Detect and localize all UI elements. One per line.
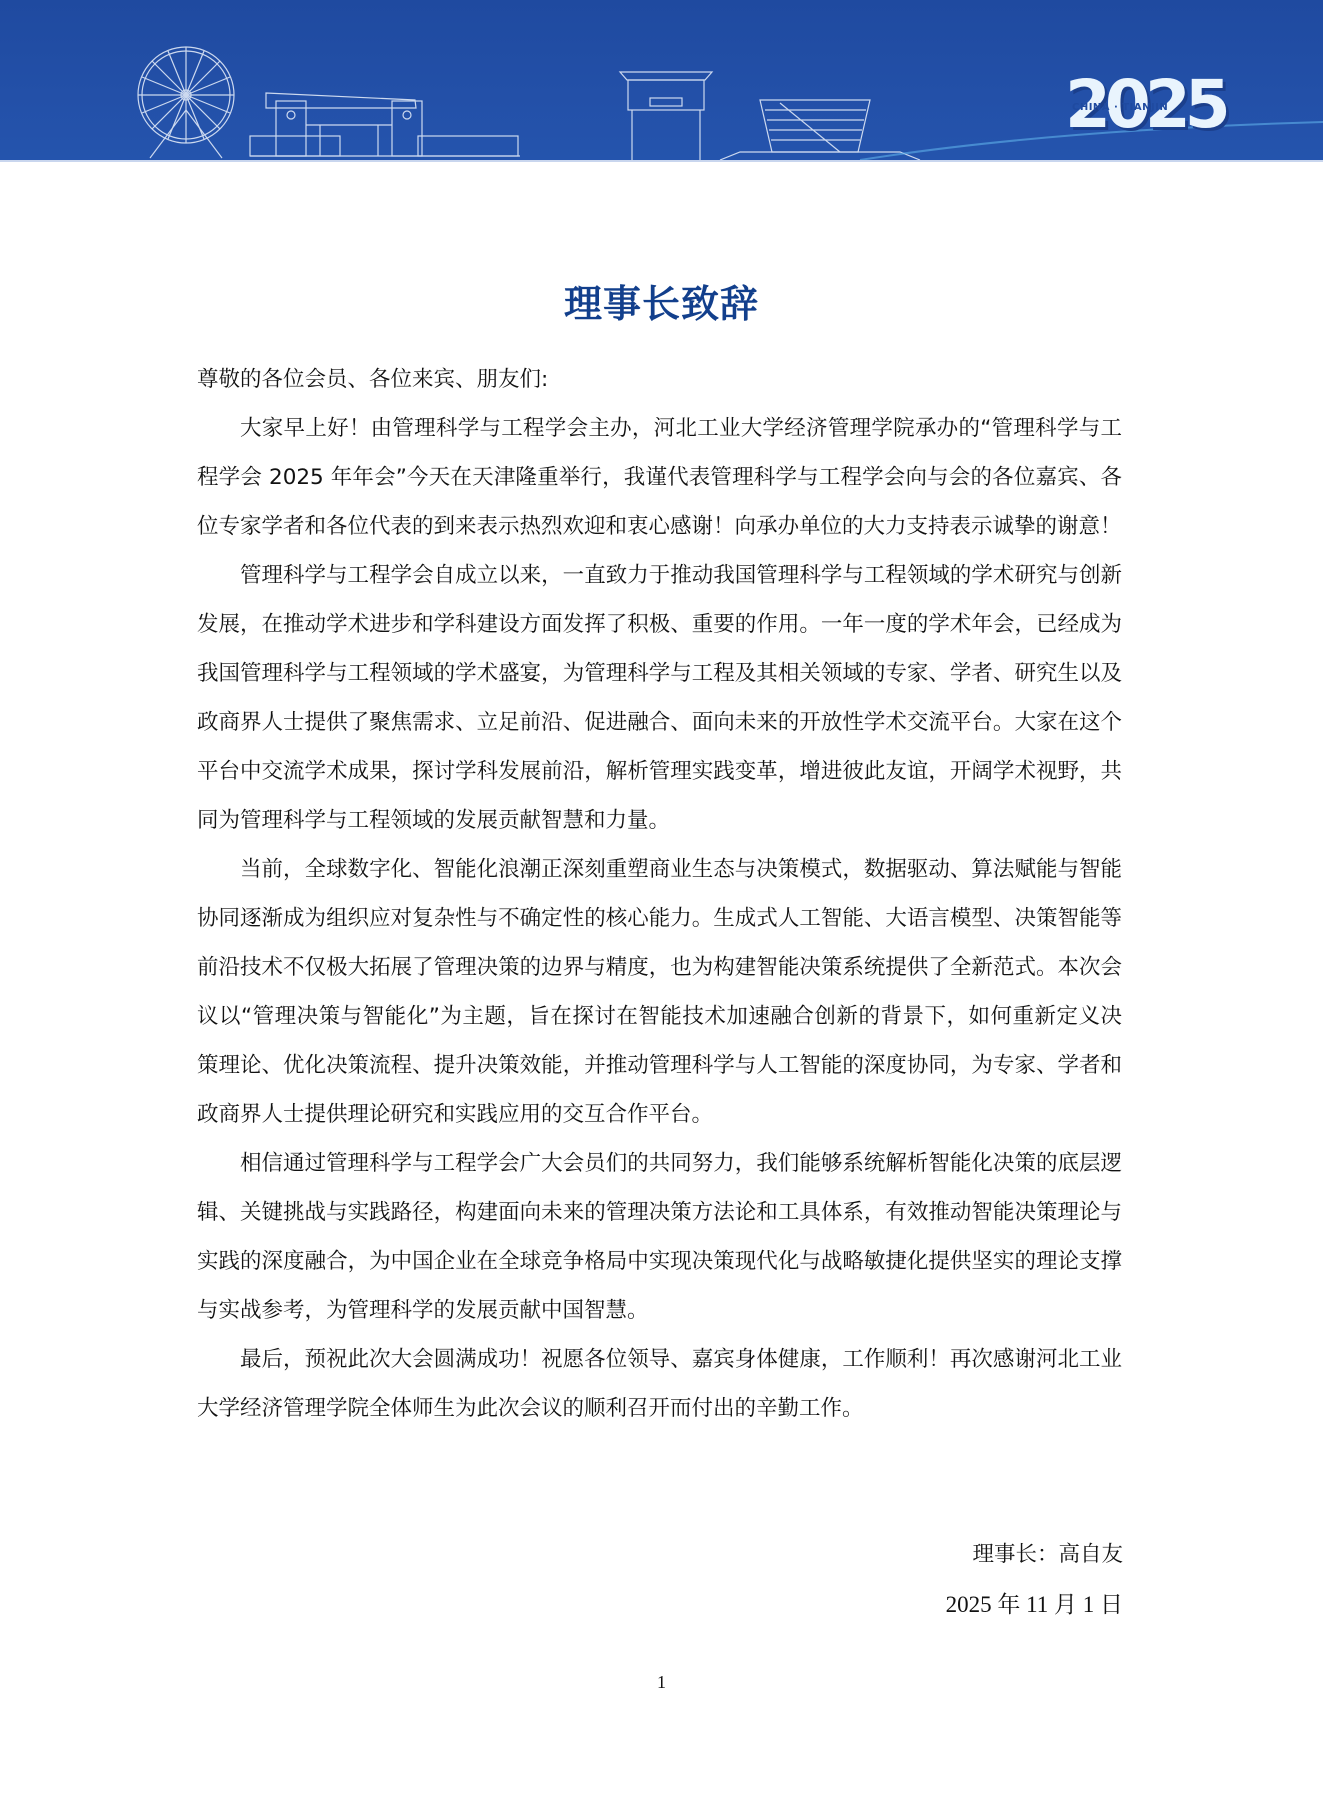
conference-logo: 2025 CHINA · TIANJIN xyxy=(1065,72,1230,138)
university-gate-icon xyxy=(250,93,520,156)
speech-body: 尊敬的各位会员、各位来宾、朋友们: 大家早上好！由管理科学与工程学会主办，河北工… xyxy=(197,355,1122,1433)
signature: 理事长：高自友 xyxy=(946,1530,1123,1580)
museum-building-icon xyxy=(720,100,920,160)
logo-location: CHINA · TIANJIN xyxy=(1072,102,1168,113)
paragraph-expectations: 相信通过管理科学与工程学会广大会员们的共同努力，我们能够系统解析智能化决策的底层… xyxy=(197,1139,1122,1335)
page-title: 理事长致辞 xyxy=(0,273,1323,328)
page-number: 1 xyxy=(0,1672,1323,1693)
paragraph-conference-theme: 当前，全球数字化、智能化浪潮正深刻重塑商业生态与决策模式，数据驱动、算法赋能与智… xyxy=(197,845,1122,1139)
signature-date: 2025 年 11 月 1 日 xyxy=(946,1580,1123,1630)
salutation: 尊敬的各位会员、各位来宾、朋友们: xyxy=(197,355,1122,404)
ferris-wheel-icon xyxy=(138,47,234,158)
signature-block: 理事长：高自友 2025 年 11 月 1 日 xyxy=(946,1530,1123,1630)
archway-icon xyxy=(620,72,712,160)
header-banner: 2025 CHINA · TIANJIN xyxy=(0,0,1323,162)
paragraph-society-history: 管理科学与工程学会自成立以来，一直致力于推动我国管理科学与工程领域的学术研究与创… xyxy=(197,551,1122,845)
paragraph-closing: 最后，预祝此次大会圆满成功！祝愿各位领导、嘉宾身体健康，工作顺利！再次感谢河北工… xyxy=(197,1335,1122,1433)
paragraph-welcome: 大家早上好！由管理科学与工程学会主办，河北工业大学经济管理学院承办的“管理科学与… xyxy=(197,404,1122,551)
